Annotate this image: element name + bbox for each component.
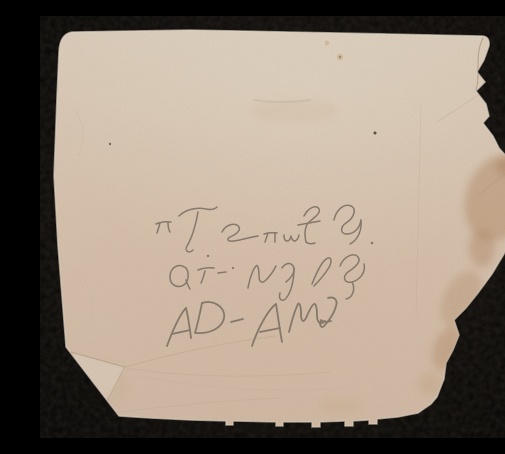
paper-fragment (40, 16, 505, 438)
paper-fragment-svg: Torn fragment of aged cream paper with t… (40, 16, 505, 438)
paper-grain (40, 16, 505, 438)
photograph: Torn fragment of aged cream paper with t… (40, 16, 505, 438)
